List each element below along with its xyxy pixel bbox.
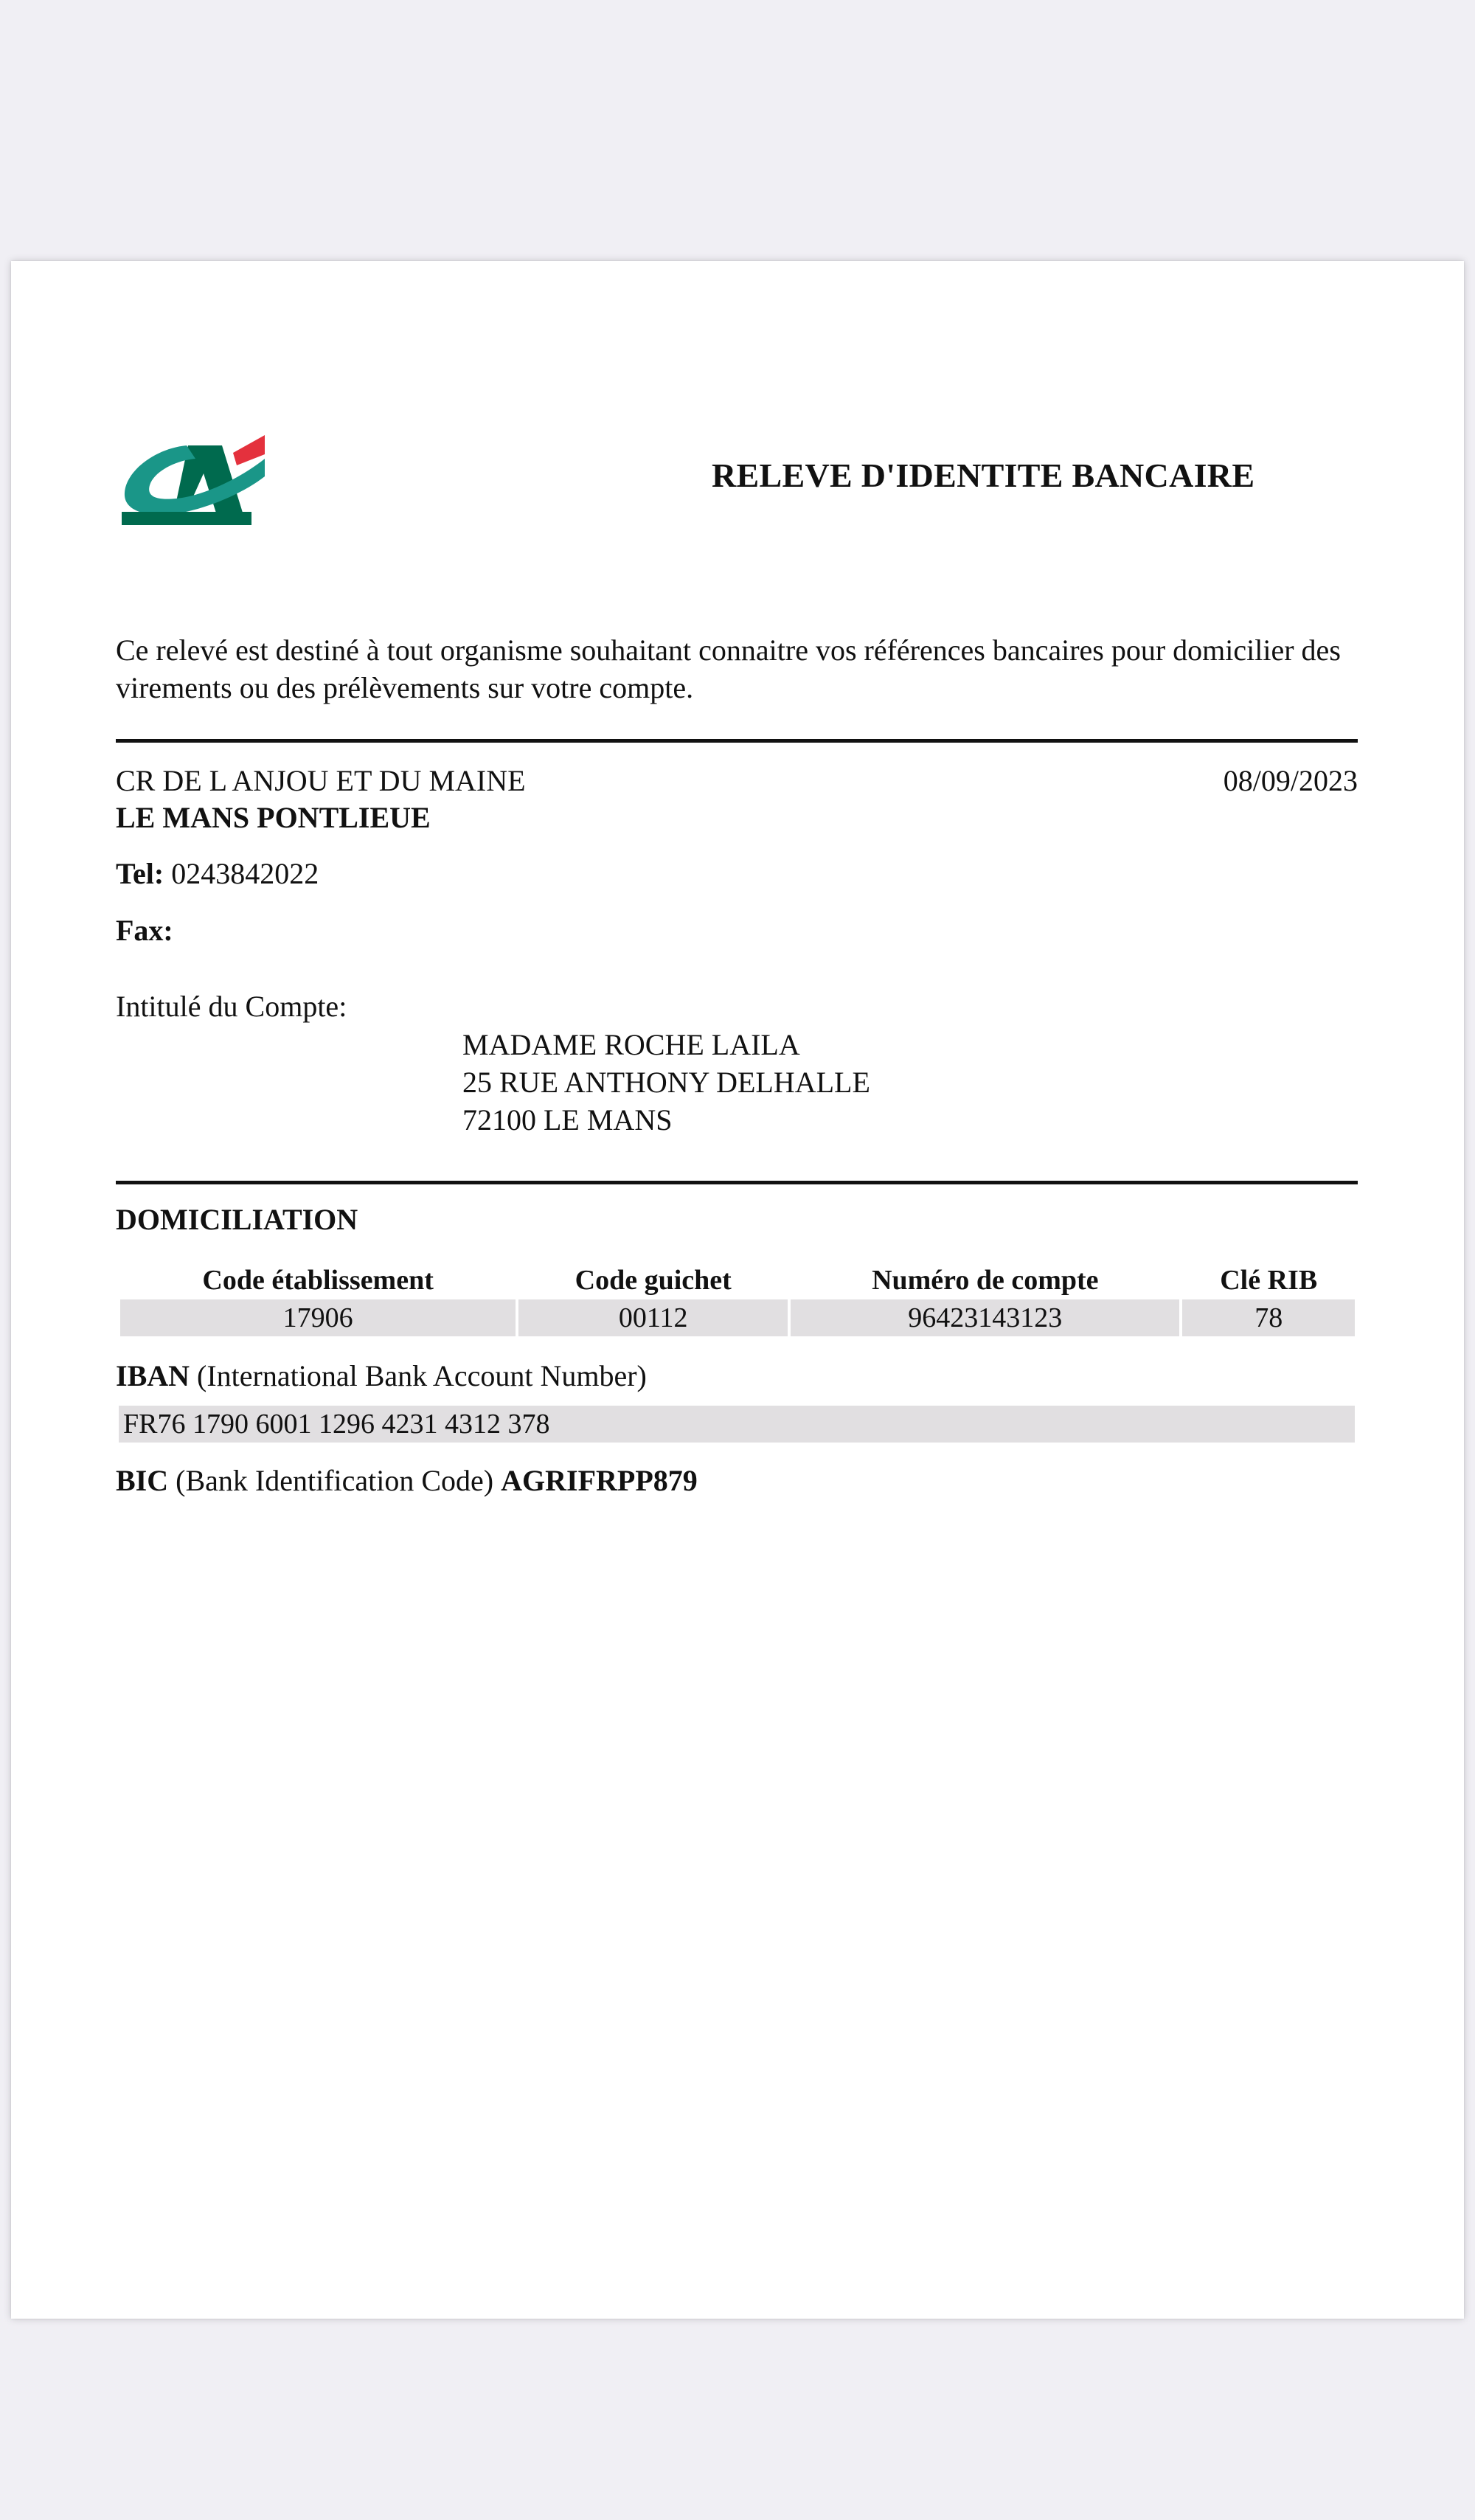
- account-title-label: Intitulé du Compte:: [116, 989, 347, 1024]
- header-code-guichet: Code guichet: [518, 1261, 788, 1299]
- branch-name: LE MANS PONTLIEUE: [116, 800, 431, 835]
- iban-label-line: IBAN (International Bank Account Number): [116, 1358, 647, 1393]
- header-cle-rib: Clé RIB: [1182, 1261, 1355, 1299]
- divider: [116, 1181, 1358, 1184]
- fax-line: Fax:: [116, 913, 173, 948]
- divider: [116, 739, 1358, 743]
- holder-street: 25 RUE ANTHONY DELHALLE: [462, 1063, 870, 1101]
- account-holder: MADAME ROCHE LAILA 25 RUE ANTHONY DELHAL…: [462, 1026, 870, 1139]
- header-code-etablissement: Code établissement: [120, 1261, 516, 1299]
- phone-label: Tel:: [116, 857, 164, 890]
- credit-agricole-logo-icon: [119, 425, 274, 528]
- document-title: RELEVE D'IDENTITE BANCAIRE: [712, 456, 1254, 495]
- phone-value: 0243842022: [171, 857, 319, 890]
- header-numero-compte: Numéro de compte: [791, 1261, 1179, 1299]
- document-page: RELEVE D'IDENTITE BANCAIRE Ce relevé est…: [11, 261, 1464, 2319]
- phone-line: Tel: 0243842022: [116, 856, 319, 891]
- bic-value: AGRIFRPP879: [501, 1464, 698, 1497]
- statement-date: 08/09/2023: [1224, 763, 1358, 798]
- iban-description: (International Bank Account Number): [197, 1359, 647, 1392]
- fax-label: Fax:: [116, 914, 173, 947]
- rib-header-row: Code établissement Code guichet Numéro d…: [120, 1261, 1355, 1299]
- holder-name: MADAME ROCHE LAILA: [462, 1026, 870, 1063]
- bic-line: BIC (Bank Identification Code) AGRIFRPP8…: [116, 1463, 698, 1498]
- iban-label: IBAN: [116, 1359, 190, 1392]
- domiciliation-title: DOMICILIATION: [116, 1202, 358, 1237]
- rib-value-row: 17906 00112 96423143123 78: [120, 1299, 1355, 1336]
- cle-rib-value: 78: [1182, 1299, 1355, 1336]
- intro-paragraph: Ce relevé est destiné à tout organisme s…: [116, 631, 1370, 707]
- code-guichet-value: 00112: [518, 1299, 788, 1336]
- holder-city: 72100 LE MANS: [462, 1101, 870, 1139]
- bic-description: (Bank Identification Code): [176, 1464, 493, 1497]
- rib-table: Code établissement Code guichet Numéro d…: [117, 1261, 1358, 1336]
- iban-value: FR76 1790 6001 1296 4231 4312 378: [119, 1406, 1355, 1443]
- bic-label: BIC: [116, 1464, 168, 1497]
- code-etablissement-value: 17906: [120, 1299, 516, 1336]
- numero-compte-value: 96423143123: [791, 1299, 1179, 1336]
- bank-name: CR DE L ANJOU ET DU MAINE: [116, 763, 526, 798]
